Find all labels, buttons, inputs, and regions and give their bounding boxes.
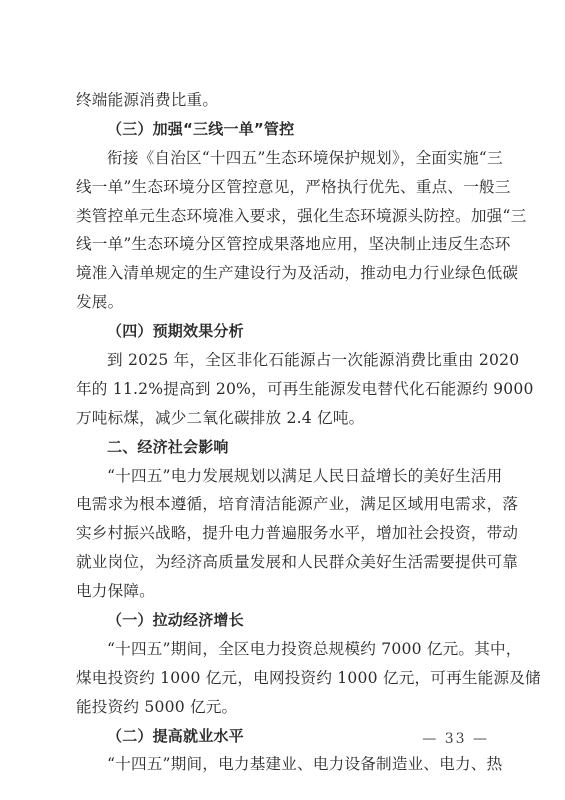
paragraph-line: 线一单”生态环境分区管控意见，严格执行优先、重点、一般三: [76, 173, 491, 202]
paragraph-line: 终端能源消费比重。: [76, 86, 491, 115]
page-number: — 33 —: [422, 731, 489, 747]
paragraph-line: 电力保障。: [76, 577, 491, 606]
paragraph-line: 电需求为根本遵循，培育清洁能源产业，满足区域用电需求，落: [76, 490, 491, 519]
paragraph-line: 到 2025 年，全区非化石能源占一次能源消费比重由 2020: [76, 346, 491, 375]
section-heading-economic-growth: （一）拉动经济增长: [76, 606, 491, 635]
paragraph-line: 发展。: [76, 288, 491, 317]
document-page: 终端能源消费比重。 （三）加强“三线一单”管控 衔接《自治区“十四五”生态环境保…: [76, 86, 491, 779]
chapter-heading-economic-social-impact: 二、经济社会影响: [76, 433, 491, 462]
paragraph-line: 境准入清单规定的生产建设行为及活动，推动电力行业绿色低碳: [76, 259, 491, 288]
paragraph-line: “十四五”电力发展规划以满足人民日益增长的美好生活用: [76, 462, 491, 491]
paragraph-line: 类管控单元生态环境准入要求，强化生态环境源头防控。加强“三: [76, 202, 491, 231]
paragraph-line: 年的 11.2%提高到 20%，可再生能源发电替代化石能源约 9000: [76, 375, 491, 404]
paragraph-line: “十四五”期间，全区电力投资总规模约 7000 亿元。其中，: [76, 635, 491, 664]
paragraph-line: “十四五”期间，电力基建业、电力设备制造业、电力、热: [76, 750, 491, 779]
paragraph-line: 能投资约 5000 亿元。: [76, 693, 491, 722]
paragraph-line: 就业岗位，为经济高质量发展和人民群众美好生活需要提供可靠: [76, 548, 491, 577]
paragraph-line: 实乡村振兴战略，提升电力普遍服务水平，增加社会投资，带动: [76, 519, 491, 548]
paragraph-line: 万吨标煤，减少二氧化碳排放 2.4 亿吨。: [76, 404, 491, 433]
paragraph-line: 衔接《自治区“十四五”生态环境保护规划》，全面实施“三: [76, 144, 491, 173]
paragraph-line: 线一单”生态环境分区管控成果落地应用，坚决制止违反生态环: [76, 230, 491, 259]
section-heading-expected-effects: （四）预期效果分析: [76, 317, 491, 346]
paragraph-line: 煤电投资约 1000 亿元，电网投资约 1000 亿元，可再生能源及储: [76, 664, 491, 693]
section-heading-strengthen-control: （三）加强“三线一单”管控: [76, 115, 491, 144]
